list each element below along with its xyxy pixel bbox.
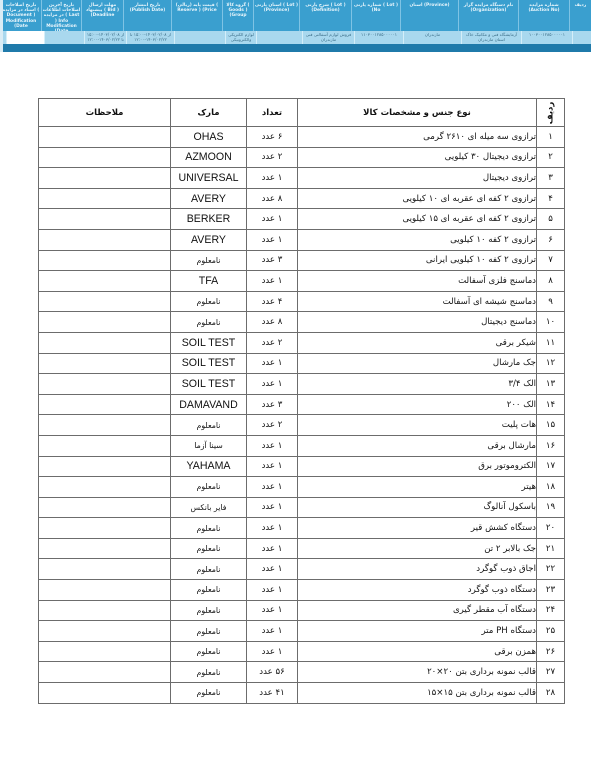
row-number-cell: ۲۰ — [537, 518, 565, 539]
strip-header-reserve-price: قیمت پایه (ریالی) ( Reserve ) (Price — [171, 0, 222, 31]
row-number-cell: ۱۳ — [537, 374, 565, 395]
count-cell: ۴ عدد — [247, 291, 298, 312]
header-count: تعداد — [247, 99, 298, 127]
remarks-cell — [39, 291, 171, 312]
table-row: ۲۷قالب نمونه برداری بتن ۲۰×۲۰۵۶ عددنامعل… — [39, 662, 565, 683]
count-cell: ۱ عدد — [247, 559, 298, 580]
row-number-cell: ۲۴ — [537, 600, 565, 621]
remarks-cell — [39, 188, 171, 209]
table-row: ۸دماسنج فلزی آسفالت۱ عددTFA — [39, 271, 565, 292]
brand-cell: نامعلوم — [171, 600, 247, 621]
row-number-cell: ۶ — [537, 229, 565, 250]
brand-cell: AVERY — [171, 229, 247, 250]
brand-cell: سینا آزما — [171, 435, 247, 456]
table-row: ۱۴الک ۲۰۰۳ عددDAMAVAND — [39, 394, 565, 415]
table-row: ۱۵هات پلیت۲ عددنامعلوم — [39, 415, 565, 436]
remarks-cell — [39, 168, 171, 189]
row-number-cell: ۱۵ — [537, 415, 565, 436]
count-cell: ۱ عدد — [247, 353, 298, 374]
brand-cell: AVERY — [171, 188, 247, 209]
strip-header-last-info-mod: تاریخ آخرین اصلاحات اطلاعات در مزایده ( … — [41, 0, 81, 31]
strip-header-organization: نام دستگاه مزایده گزار (Organization) — [458, 0, 518, 31]
description-cell: مارشال برقی — [298, 435, 537, 456]
description-cell: الکتروموتور برق — [298, 456, 537, 477]
brand-cell: TFA — [171, 271, 247, 292]
table-row: ۱۲جک مارشال۱ عددSOIL TEST — [39, 353, 565, 374]
description-cell: جک مارشال — [298, 353, 537, 374]
remarks-cell — [39, 147, 171, 168]
table-row: ۱۸هیتر۱ عددنامعلوم — [39, 477, 565, 498]
table-body: ۱ترازوی سه میله ای ۲۶۱۰ گرمی۶ عددOHAS۲تر… — [39, 127, 565, 704]
brand-cell: نامعلوم — [171, 559, 247, 580]
table-row: ۱۱شیکر برقی۲ عددSOIL TEST — [39, 332, 565, 353]
count-cell: ۱ عدد — [247, 641, 298, 662]
strip-cell-row-no — [572, 31, 591, 44]
description-cell: شیکر برقی — [298, 332, 537, 353]
description-cell: دماسنج شیشه ای آسفالت — [298, 291, 537, 312]
remarks-cell — [39, 394, 171, 415]
table-row: ۱۳الک ۳/۴۱ عددSOIL TEST — [39, 374, 565, 395]
brand-cell: SOIL TEST — [171, 332, 247, 353]
remarks-cell — [39, 456, 171, 477]
count-cell: ۱ عدد — [247, 435, 298, 456]
description-cell: دستگاه ذوب گوگرد — [298, 580, 537, 601]
remarks-cell — [39, 374, 171, 395]
strip-cell-last-info-mod — [44, 31, 84, 44]
header-row-no: ردیف — [537, 99, 565, 127]
description-cell: ترازوی دیجیتال ۳۰ کیلویی — [298, 147, 537, 168]
description-cell: دستگاه کشش قیر — [298, 518, 537, 539]
table-row: ۳ترازوی دیجیتال۱ عددUNIVERSAL — [39, 168, 565, 189]
row-number-cell: ۹ — [537, 291, 565, 312]
strip-cell-auction-no[interactable]: ۱۰۰۳۰۰۱۲۸۵۰۰۰۰۰۱ — [521, 31, 572, 44]
table-row: ۱۹باسکول آنالوگ۱ عددفایر بانکس — [39, 497, 565, 518]
row-number-cell: ۱۲ — [537, 353, 565, 374]
strip-header-goods-group: گروه کالا ( Goods ) (Group — [222, 0, 253, 31]
count-cell: ۴۱ عدد — [247, 683, 298, 704]
remarks-cell — [39, 353, 171, 374]
strip-cell-lot-province — [256, 31, 302, 44]
table-row: ۲ترازوی دیجیتال ۳۰ کیلویی۲ عددAZMOON — [39, 147, 565, 168]
remarks-cell — [39, 435, 171, 456]
remarks-cell — [39, 250, 171, 271]
count-cell: ۱ عدد — [247, 229, 298, 250]
brand-cell: SOIL TEST — [171, 374, 247, 395]
remarks-cell — [39, 518, 171, 539]
strip-header-lot-definition: شرح پارتی ( Lot ) (Definition) — [299, 0, 351, 31]
table-row: ۲۰دستگاه کشش قیر۱ عددنامعلوم — [39, 518, 565, 539]
description-cell: اجاق ذوب گوگرد — [298, 559, 537, 580]
row-number-cell: ۱۰ — [537, 312, 565, 333]
row-number-cell: ۱ — [537, 127, 565, 148]
row-number-cell: ۷ — [537, 250, 565, 271]
row-number-cell: ۲۸ — [537, 683, 565, 704]
count-cell: ۱ عدد — [247, 168, 298, 189]
description-cell: باسکول آنالوگ — [298, 497, 537, 518]
count-cell: ۱ عدد — [247, 497, 298, 518]
remarks-cell — [39, 600, 171, 621]
remarks-cell — [39, 209, 171, 230]
brand-cell: نامعلوم — [171, 312, 247, 333]
strip-cell-province: مازندران — [403, 31, 461, 44]
table-row: ۵ترازوی ۲ کفه ای عقربه ای ۱۵ کیلویی۱ عدد… — [39, 209, 565, 230]
brand-cell: نامعلوم — [171, 250, 247, 271]
table-row: ۱۷الکتروموتور برق۱ عددYAHAMA — [39, 456, 565, 477]
strip-cell-reserve-price — [174, 31, 225, 44]
brand-cell: نامعلوم — [171, 415, 247, 436]
description-cell: ترازوی ۲ کفه ۱۰ کیلویی — [298, 229, 537, 250]
count-cell: ۱ عدد — [247, 600, 298, 621]
strip-cell-lot-no: ۱۱۰۳۰۰۱۲۸۵۰۰۰۰۰۱ — [354, 31, 403, 44]
auction-strip-footer-band — [0, 44, 591, 52]
table-row: ۲۸قالب نمونه برداری بتن ۱۵×۱۵۴۱ عددنامعل… — [39, 683, 565, 704]
brand-cell: BERKER — [171, 209, 247, 230]
auction-strip-header-row: ردیف شماره مزایده (Auction No) نام دستگا… — [0, 0, 591, 31]
table-row: ۹دماسنج شیشه ای آسفالت۴ عددنامعلوم — [39, 291, 565, 312]
count-cell: ۸ عدد — [247, 188, 298, 209]
row-number-cell: ۸ — [537, 271, 565, 292]
strip-header-auction-no: شماره مزایده (Auction No) — [518, 0, 569, 31]
table-row: ۱ترازوی سه میله ای ۲۶۱۰ گرمی۶ عددOHAS — [39, 127, 565, 148]
row-number-cell: ۱۱ — [537, 332, 565, 353]
count-cell: ۱ عدد — [247, 456, 298, 477]
count-cell: ۶ عدد — [247, 127, 298, 148]
count-cell: ۱ عدد — [247, 580, 298, 601]
strip-cell-lot-definition: فروش لوازم آسفالتی فنی مازندران — [302, 31, 354, 44]
brand-cell: نامعلوم — [171, 538, 247, 559]
row-number-cell: ۲۲ — [537, 559, 565, 580]
remarks-cell — [39, 559, 171, 580]
strip-cell-goods-group: لوازم الکتریکی والکترونیکی — [225, 31, 256, 44]
brand-cell: نامعلوم — [171, 621, 247, 642]
brand-cell: UNIVERSAL — [171, 168, 247, 189]
remarks-cell — [39, 332, 171, 353]
count-cell: ۱ عدد — [247, 374, 298, 395]
brand-cell: نامعلوم — [171, 518, 247, 539]
auction-strip-left-edge — [0, 0, 3, 52]
description-cell: ترازوی ۲ کفه ای عقربه ای ۱۰ کیلویی — [298, 188, 537, 209]
table-row: ۲۴دستگاه آب مقطر گیری۱ عددنامعلوم — [39, 600, 565, 621]
table-row: ۲۱جک بالابر ۲ تن۱ عددنامعلوم — [39, 538, 565, 559]
brand-cell: نامعلوم — [171, 683, 247, 704]
count-cell: ۸ عدد — [247, 312, 298, 333]
count-cell: ۲ عدد — [247, 147, 298, 168]
strip-header-lot-no: شماره پارتی ( Lot ) (No — [351, 0, 400, 31]
remarks-cell — [39, 229, 171, 250]
strip-header-bid-deadline: مهلت ارسال پیشنهاد ( Bid ) (Deadline — [81, 0, 123, 31]
strip-cell-publish-date: از ۱۴۰۳/۰۲/۰۸-۱۵:۰۰ تا ۱۴۰۳/۰۲/۲۲-۱۲:۰۰ — [126, 31, 174, 44]
table-row: ۲۵دستگاه PH متر۱ عددنامعلوم — [39, 621, 565, 642]
row-number-cell: ۱۷ — [537, 456, 565, 477]
row-number-cell: ۲ — [537, 147, 565, 168]
description-cell: جک بالابر ۲ تن — [298, 538, 537, 559]
brand-cell: نامعلوم — [171, 662, 247, 683]
description-cell: دماسنج دیجیتال — [298, 312, 537, 333]
row-number-cell: ۱۹ — [537, 497, 565, 518]
brand-cell: DAMAVAND — [171, 394, 247, 415]
brand-cell: نامعلوم — [171, 291, 247, 312]
header-remarks: ملاحظات — [39, 99, 171, 127]
count-cell: ۱ عدد — [247, 209, 298, 230]
auction-info-strip: ردیف شماره مزایده (Auction No) نام دستگا… — [0, 0, 591, 52]
table-row: ۶ترازوی ۲ کفه ۱۰ کیلویی۱ عددAVERY — [39, 229, 565, 250]
row-number-cell: ۱۶ — [537, 435, 565, 456]
count-cell: ۱ عدد — [247, 477, 298, 498]
table-row: ۱۰دماسنج دیجیتال۸ عددنامعلوم — [39, 312, 565, 333]
brand-cell: YAHAMA — [171, 456, 247, 477]
strip-header-row-no: ردیف — [569, 0, 591, 31]
row-number-cell: ۲۱ — [537, 538, 565, 559]
table-row: ۲۲اجاق ذوب گوگرد۱ عددنامعلوم — [39, 559, 565, 580]
auction-strip-data-row[interactable]: ۱۰۰۳۰۰۱۲۸۵۰۰۰۰۰۱ آزمایشگاه فنی و مکانیک … — [3, 31, 591, 44]
description-cell: دستگاه PH متر — [298, 621, 537, 642]
row-number-cell: ۲۵ — [537, 621, 565, 642]
table-row: ۱۶مارشال برقی۱ عددسینا آزما — [39, 435, 565, 456]
remarks-cell — [39, 477, 171, 498]
table-row: ۴ترازوی ۲ کفه ای عقربه ای ۱۰ کیلویی۸ عدد… — [39, 188, 565, 209]
strip-header-province: استان (Province) — [400, 0, 458, 31]
table-header-row: ردیف نوع جنس و مشخصات کالا تعداد مارک مل… — [39, 99, 565, 127]
description-cell: دستگاه آب مقطر گیری — [298, 600, 537, 621]
remarks-cell — [39, 415, 171, 436]
count-cell: ۵۶ عدد — [247, 662, 298, 683]
count-cell: ۳ عدد — [247, 250, 298, 271]
remarks-cell — [39, 641, 171, 662]
brand-cell: AZMOON — [171, 147, 247, 168]
description-cell: هیتر — [298, 477, 537, 498]
description-cell: دماسنج فلزی آسفالت — [298, 271, 537, 292]
count-cell: ۱ عدد — [247, 621, 298, 642]
count-cell: ۱ عدد — [247, 518, 298, 539]
table-row: ۲۶همزن برقی۱ عددنامعلوم — [39, 641, 565, 662]
count-cell: ۲ عدد — [247, 332, 298, 353]
strip-cell-organization: آزمایشگاه فنی و مکانیک خاک استان مازندرا… — [461, 31, 521, 44]
remarks-cell — [39, 271, 171, 292]
description-cell: ترازوی دیجیتال — [298, 168, 537, 189]
row-number-cell: ۳ — [537, 168, 565, 189]
row-number-cell: ۲۷ — [537, 662, 565, 683]
count-cell: ۲ عدد — [247, 415, 298, 436]
row-number-cell: ۵ — [537, 209, 565, 230]
remarks-cell — [39, 497, 171, 518]
brand-cell: نامعلوم — [171, 580, 247, 601]
count-cell: ۱ عدد — [247, 538, 298, 559]
remarks-cell — [39, 662, 171, 683]
header-description: نوع جنس و مشخصات کالا — [298, 99, 537, 127]
remarks-cell — [39, 580, 171, 601]
table-row: ۷ترازوی ۲ کفه ۱۰ کیلویی ایرانی۳ عددنامعل… — [39, 250, 565, 271]
description-cell: ترازوی ۲ کفه ای عقربه ای ۱۵ کیلویی — [298, 209, 537, 230]
strip-header-document-mod: تاریخ اصلاحات اسناد در مزایده ( Document… — [0, 0, 41, 31]
header-brand: مارک — [171, 99, 247, 127]
strip-header-publish-date: تاریخ انتشار (Publish Date) — [123, 0, 171, 31]
remarks-cell — [39, 621, 171, 642]
description-cell: ترازوی ۲ کفه ۱۰ کیلویی ایرانی — [298, 250, 537, 271]
remarks-cell — [39, 538, 171, 559]
description-cell: قالب نمونه برداری بتن ۲۰×۲۰ — [298, 662, 537, 683]
items-table: ردیف نوع جنس و مشخصات کالا تعداد مارک مل… — [38, 98, 565, 704]
header-row-no-label: ردیف — [545, 101, 555, 124]
strip-header-lot-province: استان پارتی ( Lot ) (Province) — [253, 0, 299, 31]
count-cell: ۱ عدد — [247, 271, 298, 292]
row-number-cell: ۱۸ — [537, 477, 565, 498]
description-cell: هات پلیت — [298, 415, 537, 436]
count-cell: ۳ عدد — [247, 394, 298, 415]
row-number-cell: ۲۶ — [537, 641, 565, 662]
brand-cell: نامعلوم — [171, 477, 247, 498]
strip-cell-document-mod — [6, 31, 44, 44]
remarks-cell — [39, 127, 171, 148]
brand-cell: OHAS — [171, 127, 247, 148]
description-cell: ترازوی سه میله ای ۲۶۱۰ گرمی — [298, 127, 537, 148]
description-cell: همزن برقی — [298, 641, 537, 662]
brand-cell: نامعلوم — [171, 641, 247, 662]
description-cell: الک ۲۰۰ — [298, 394, 537, 415]
remarks-cell — [39, 312, 171, 333]
brand-cell: فایر بانکس — [171, 497, 247, 518]
table-row: ۲۳دستگاه ذوب گوگرد۱ عددنامعلوم — [39, 580, 565, 601]
row-number-cell: ۴ — [537, 188, 565, 209]
description-cell: قالب نمونه برداری بتن ۱۵×۱۵ — [298, 683, 537, 704]
row-number-cell: ۲۳ — [537, 580, 565, 601]
strip-cell-bid-deadline: از ۱۴۰۳/۰۲/۰۸-۱۵:۰۰ تا ۱۴۰۳/۰۲/۲۲-۱۲:۰۰ — [84, 31, 126, 44]
remarks-cell — [39, 683, 171, 704]
description-cell: الک ۳/۴ — [298, 374, 537, 395]
brand-cell: SOIL TEST — [171, 353, 247, 374]
row-number-cell: ۱۴ — [537, 394, 565, 415]
